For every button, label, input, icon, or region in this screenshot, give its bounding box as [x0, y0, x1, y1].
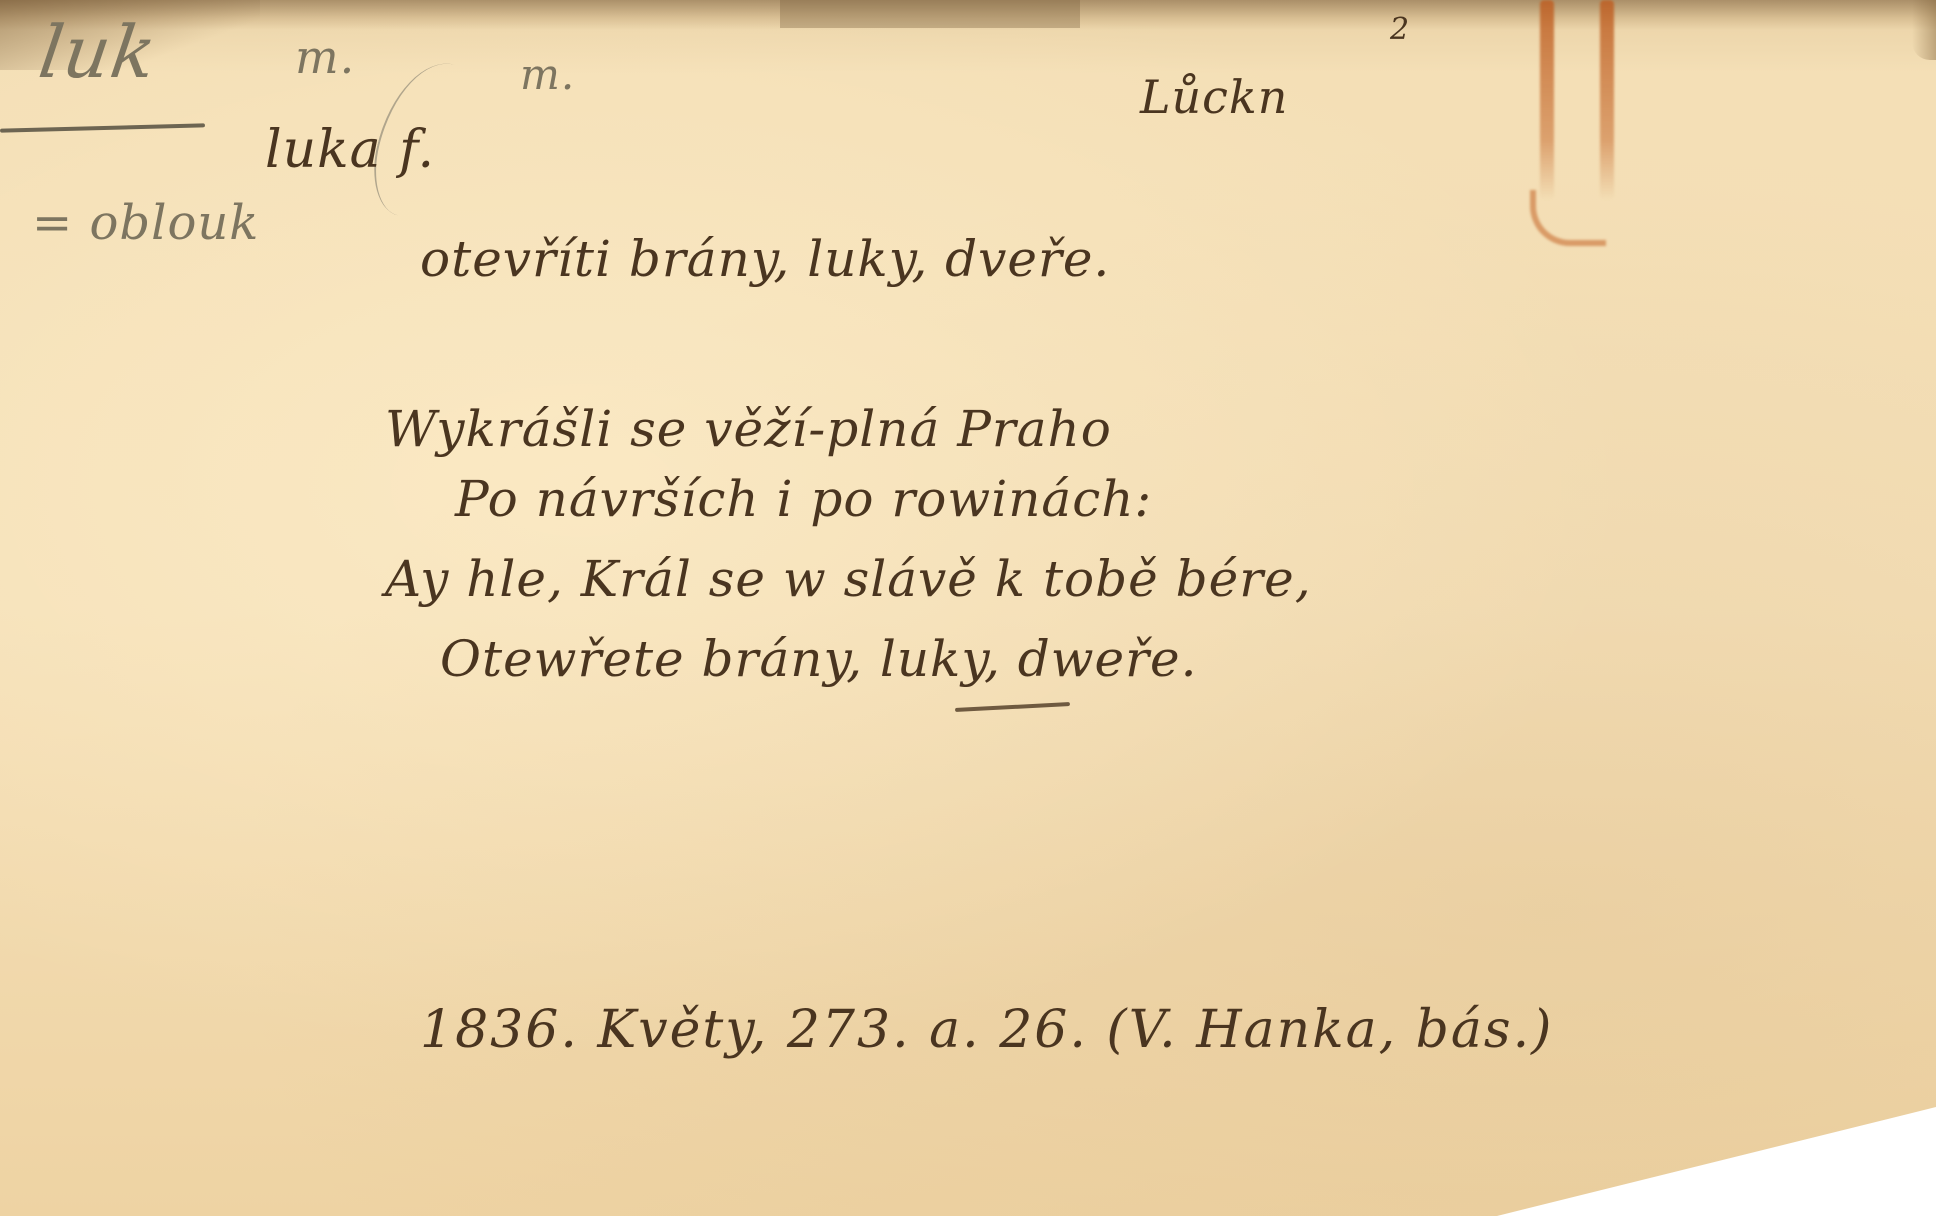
example-phrase: otevříti brány, luky, dveře. — [420, 230, 1110, 288]
dictionary-slip: luk m. m. lukа f. = oblouk Lůckn 2 otevř… — [0, 0, 1936, 1216]
rust-stain-left — [1540, 0, 1554, 200]
scan-shadow-band — [0, 0, 1936, 30]
headword: luk — [34, 10, 162, 94]
synonym-note: = oblouk — [32, 195, 259, 251]
second-gender-mark: m. — [520, 50, 575, 99]
poem-line-1: Wykrášli se věží-plná Praho — [385, 400, 1112, 458]
top-right-label: Lůckn — [1140, 70, 1288, 124]
underline-luky — [955, 702, 1070, 712]
rust-stain-right — [1600, 0, 1614, 200]
poem-line-4: Otewřete brány, luky, dweře. — [440, 630, 1198, 688]
paper-edge-shadow — [1912, 0, 1936, 60]
poem-line-2: Po návrších i po rowinách: — [455, 470, 1152, 528]
top-right-mark: 2 — [1390, 12, 1410, 47]
headword-underline — [0, 123, 205, 132]
headword-gender: m. — [295, 30, 355, 84]
rust-stain-hook — [1530, 190, 1606, 246]
variant-form: lukа f. — [265, 120, 435, 180]
poem-line-3: Ay hle, Král se w slávě k tobě bére, — [385, 550, 1312, 608]
scan-shadow-mid — [780, 0, 1080, 28]
source-citation: 1836. Květy, 273. a. 26. (V. Hanka, bás.… — [420, 1000, 1553, 1060]
